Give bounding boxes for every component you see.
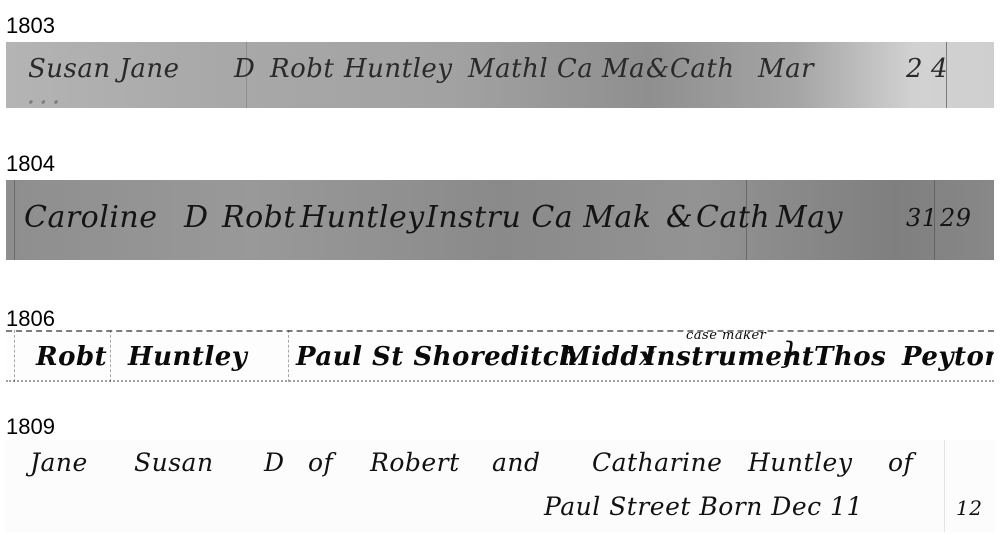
entry-month: May [776, 200, 843, 235]
entry-conjunction: & [666, 200, 693, 235]
year-label-1803: 1803 [6, 15, 55, 37]
entry-surname: Huntley [300, 200, 425, 235]
year-label-1804: 1804 [6, 153, 55, 175]
register-strip-1809: Jane Susan D of Robert and Catharine Hun… [6, 440, 994, 532]
entry-word: of [888, 448, 913, 477]
column-rule [946, 42, 947, 108]
entry-word: Jane [30, 448, 88, 477]
column-rule [14, 330, 15, 382]
entry-day: 31 [906, 204, 938, 232]
cut-off-line-below [6, 377, 994, 382]
entry-occupation-superscript: case maker [686, 330, 766, 343]
entry-mother: Cath [670, 54, 735, 84]
year-label-1806: 1806 [6, 308, 55, 330]
entry-conjunction: & [646, 54, 670, 84]
entry-surname: Huntley [344, 54, 453, 84]
cut-off-line-above [6, 330, 994, 335]
entry-day-2: 29 [940, 204, 972, 232]
entry-name: Caroline [24, 200, 158, 235]
entry-relation: D [234, 54, 255, 84]
entry-forename: Robt [36, 342, 107, 372]
column-rule [14, 180, 15, 260]
entry-column-value: 12 [956, 496, 982, 520]
entry-month: Mar [758, 54, 814, 84]
entry-word: Huntley [748, 448, 852, 477]
entry-father: Robt [222, 200, 296, 235]
year-label-1809: 1809 [6, 416, 55, 438]
column-rule [944, 440, 945, 532]
column-rule [110, 330, 111, 382]
faded-line-below: ꞏ ꞏ ꞏ [26, 88, 57, 108]
entry-father: Robt [270, 54, 334, 84]
column-rule [288, 330, 289, 382]
entry-occupation: Instru Ca Mak [426, 200, 651, 235]
entry-day: 2 [906, 54, 923, 84]
entry-mother: Cath [696, 200, 770, 235]
entry-word: D [264, 448, 285, 477]
register-strip-1806: Robt Huntley Paul St Shoreditch Middx In… [6, 330, 994, 382]
entry-witness-first: Thos [814, 342, 886, 372]
entry-occupation: Mathl Ca Ma [468, 54, 645, 84]
entry-name: Susan Jane [28, 54, 179, 84]
entry-word: Susan [134, 448, 214, 477]
entry-county: Middx [562, 342, 655, 372]
entry-witness-last: Peyton [902, 342, 994, 372]
entry-line-2: Paul Street Born Dec 11 [544, 492, 863, 521]
brace-glyph: } [780, 336, 800, 371]
entry-address: Paul St Shoreditch [296, 342, 578, 372]
register-strip-1803: ꞏ ꞏ ꞏ Susan Jane D Robt Huntley Mathl Ca… [6, 42, 994, 108]
entry-surname: Huntley [128, 342, 247, 372]
entry-word: Robert [370, 448, 460, 477]
entry-word: Catharine [592, 448, 722, 477]
entry-word: of [308, 448, 333, 477]
column-rule [246, 42, 247, 108]
entry-relation: D [184, 200, 209, 235]
entry-word: and [492, 448, 541, 477]
register-strip-1804: Caroline D Robt Huntley Instru Ca Mak & … [6, 180, 994, 260]
